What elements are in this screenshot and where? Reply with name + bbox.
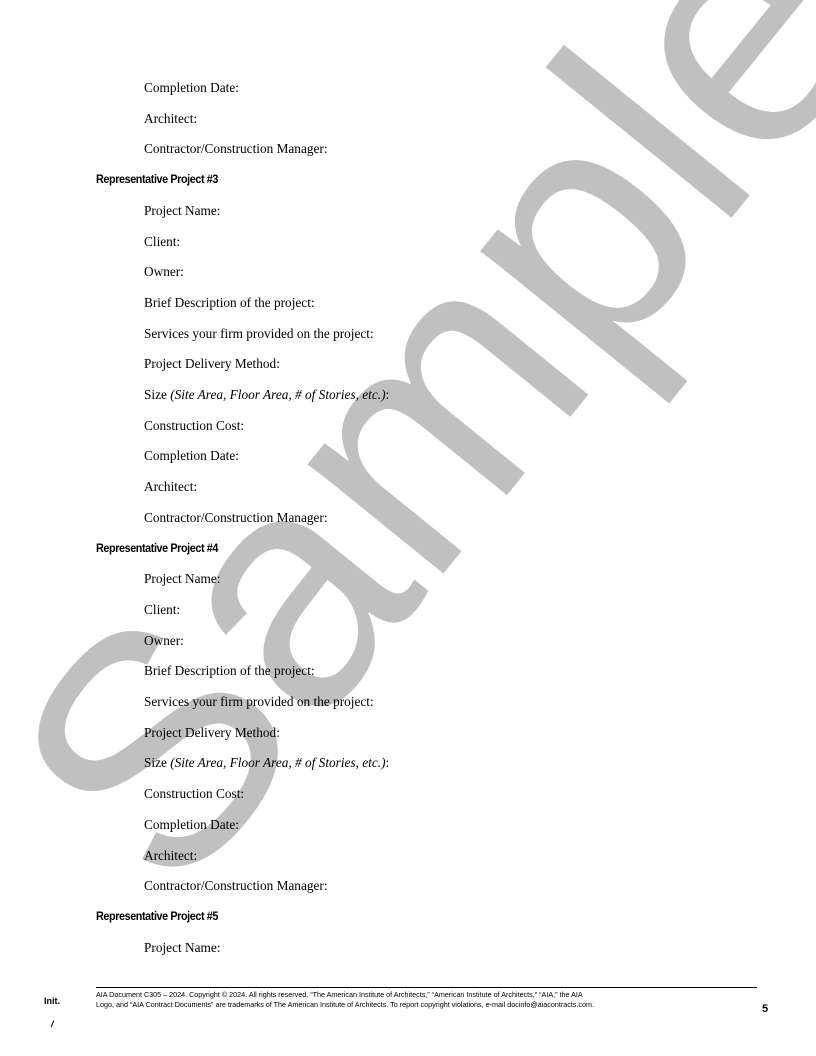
document-page: Sample Completion Date:Architect:Contrac… [0,0,816,1056]
field-label: Brief Description of the project: [144,663,315,679]
field-label: Owner: [144,264,184,280]
copyright-notice: AIA Document C305 – 2024. Copyright © 20… [96,990,756,1010]
sample-watermark: Sample [0,0,816,1056]
field-label: Project Name: [144,940,220,956]
copyright-line-2: Logo, and “AIA Contract Documents” are t… [96,1000,756,1010]
field-label: Size (Site Area, Floor Area, # of Storie… [144,755,389,771]
field-label: Services your firm provided on the proje… [144,326,374,342]
section-heading: Representative Project #4 [96,541,218,555]
field-label: Project Delivery Method: [144,725,280,741]
field-label: Completion Date: [144,448,239,464]
field-label: Contractor/Construction Manager: [144,878,328,894]
field-label: Client: [144,234,180,250]
field-label: Owner: [144,633,184,649]
page-number: 5 [762,1003,768,1015]
field-label: Architect: [144,111,197,127]
init-label: Init. [44,996,60,1006]
section-heading: Representative Project #5 [96,909,218,923]
section-heading: Representative Project #3 [96,172,218,186]
field-label: Contractor/Construction Manager: [144,141,328,157]
field-label: Construction Cost: [144,786,244,802]
field-label: Client: [144,602,180,618]
field-label: Architect: [144,479,197,495]
field-label: Project Name: [144,203,220,219]
field-label: Architect: [144,848,197,864]
footer-divider [96,987,757,988]
field-label: Completion Date: [144,817,239,833]
field-label: Services your firm provided on the proje… [144,694,374,710]
field-label: Project Delivery Method: [144,356,280,372]
field-label-suffix: : [386,755,390,770]
field-label: Completion Date: [144,80,239,96]
field-label-hint: (Site Area, Floor Area, # of Stories, et… [170,387,385,402]
field-label: Construction Cost: [144,418,244,434]
svg-text:Sample: Sample [0,0,816,950]
field-label-text: Size [144,387,170,402]
field-label: Size (Site Area, Floor Area, # of Storie… [144,387,389,403]
field-label: Contractor/Construction Manager: [144,510,328,526]
field-label: Project Name: [144,571,220,587]
field-label-suffix: : [386,387,390,402]
init-field: / [51,1019,54,1029]
field-label-hint: (Site Area, Floor Area, # of Stories, et… [170,755,385,770]
copyright-line-1: AIA Document C305 – 2024. Copyright © 20… [96,990,756,1000]
field-label: Brief Description of the project: [144,295,315,311]
field-label-text: Size [144,755,170,770]
